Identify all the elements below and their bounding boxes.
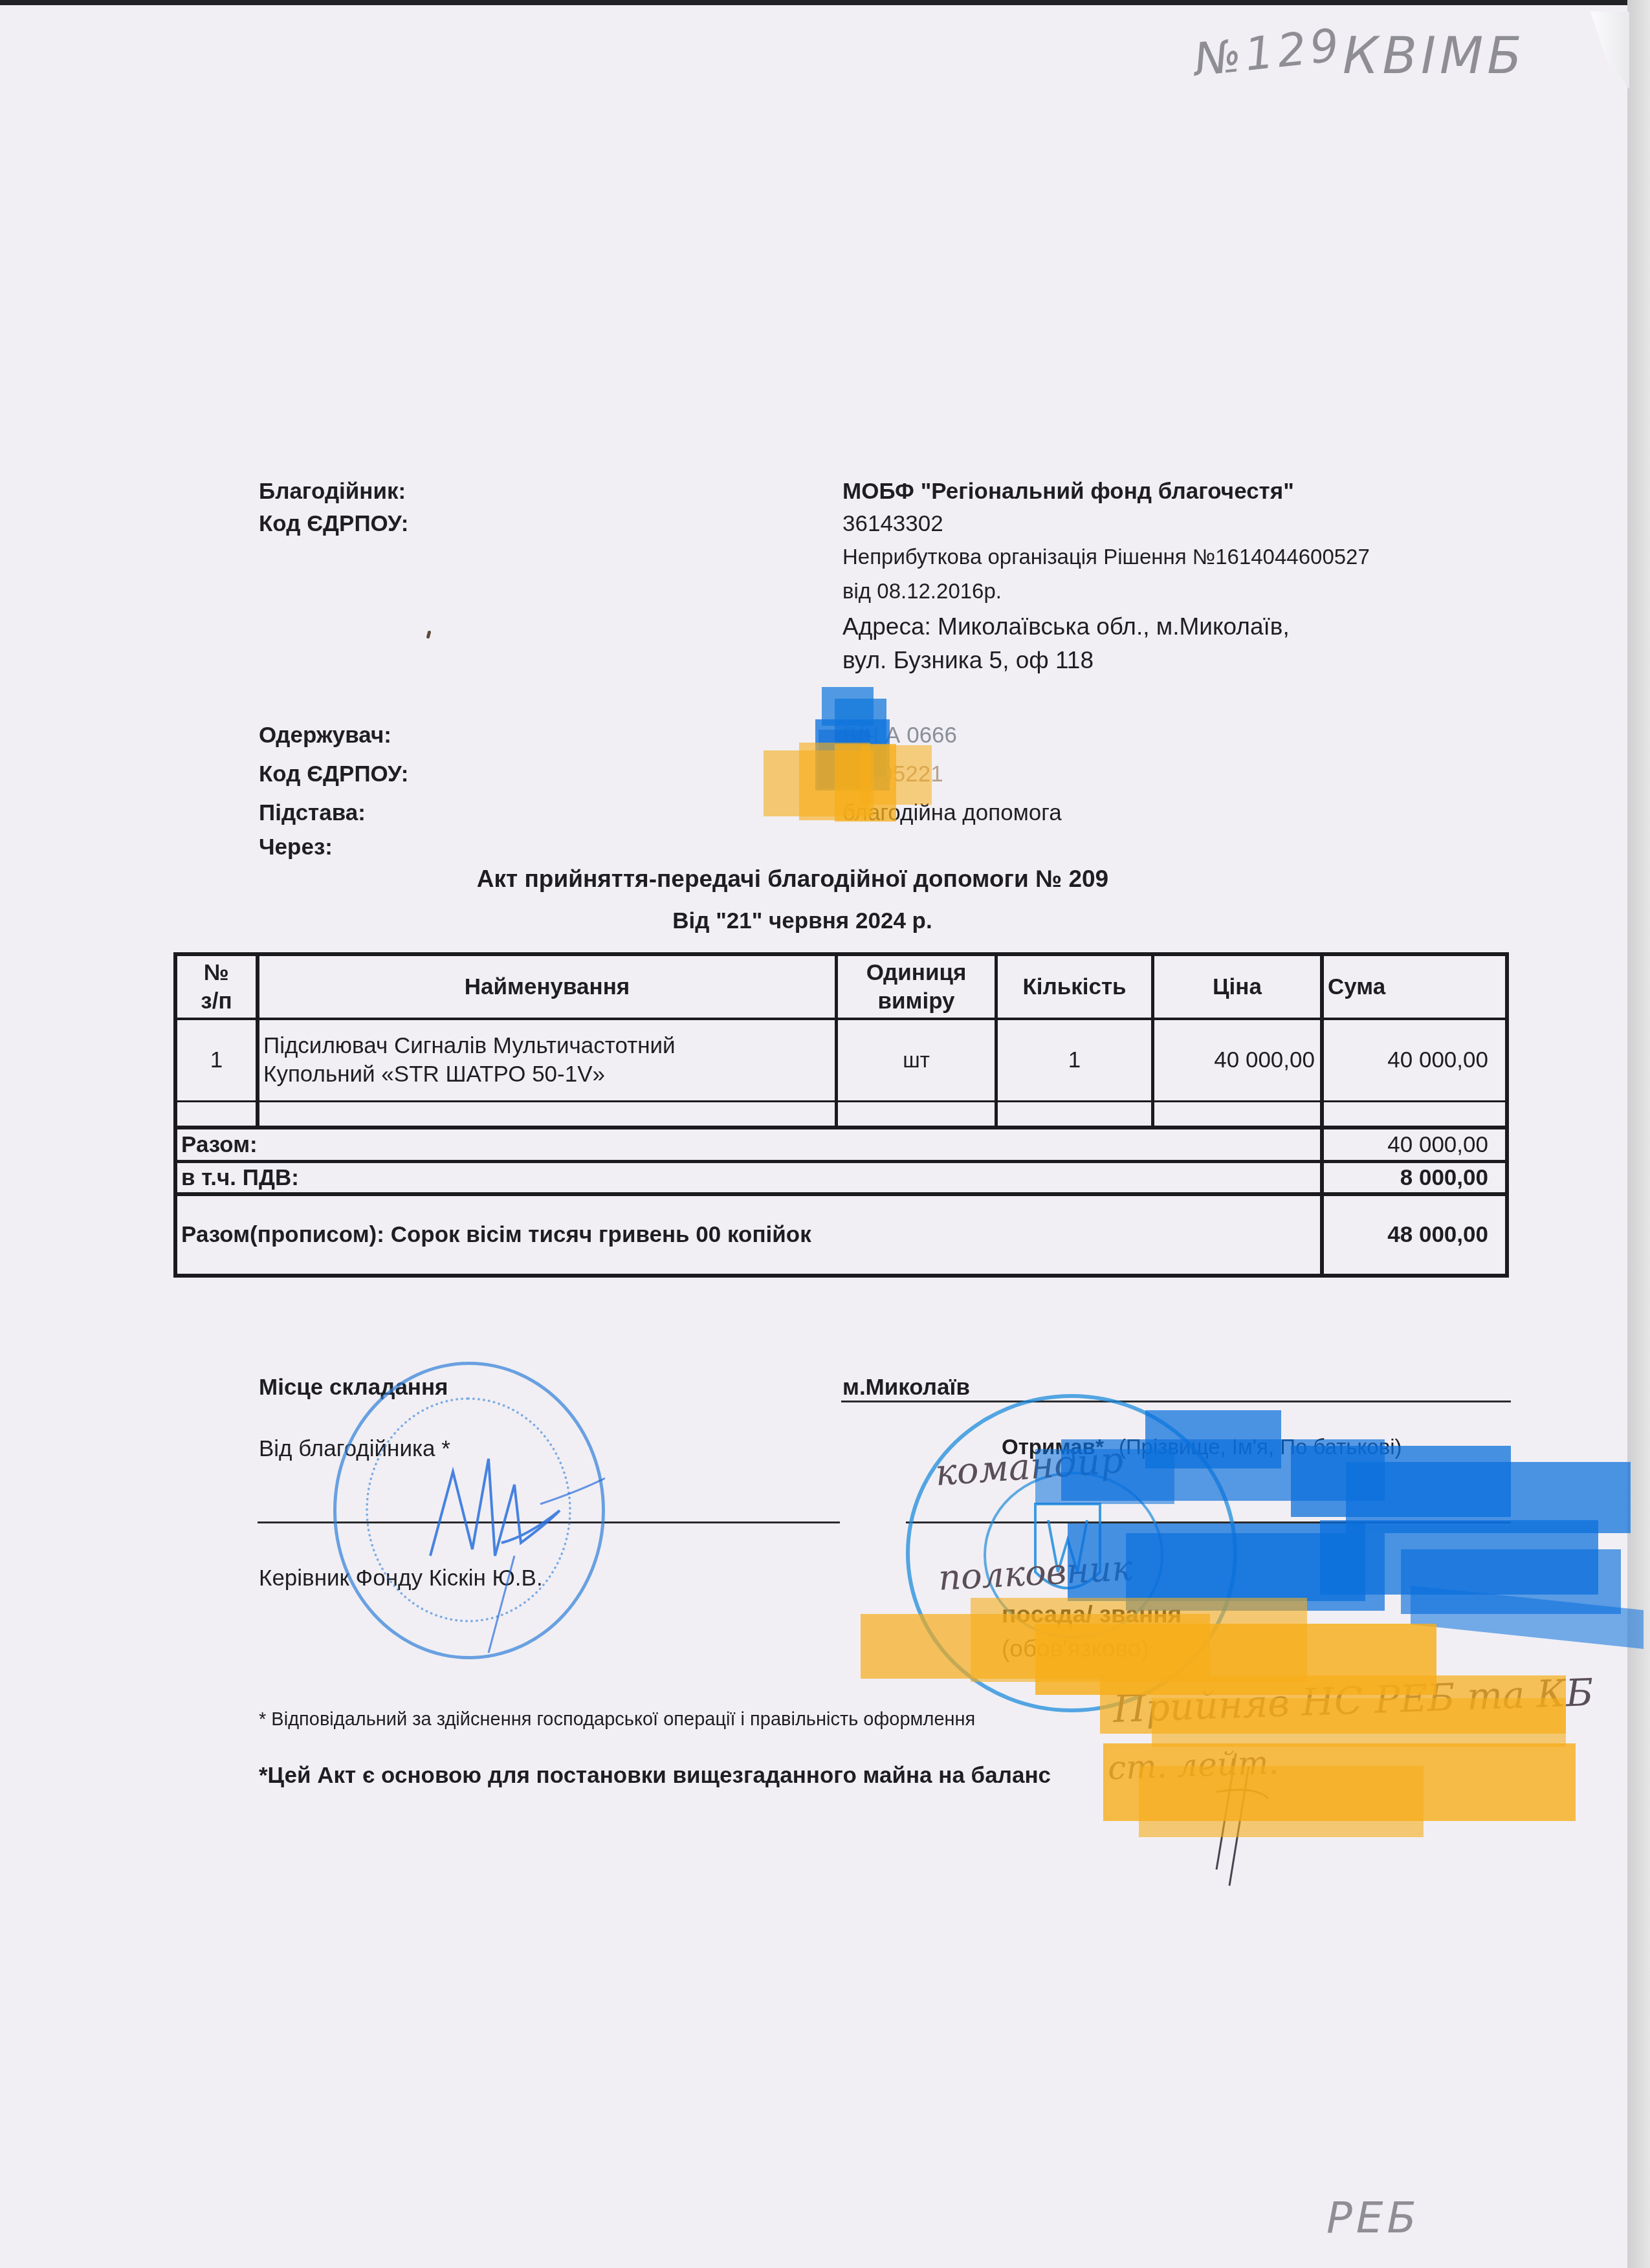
redaction-yellow [835,744,896,822]
recipient-edrpou-label: Код ЄДРПОУ: [259,761,408,787]
header-num: № з/п [177,956,256,1018]
place-value: м.Миколаїв [842,1375,970,1401]
scanner-top-edge [0,0,1650,5]
header-num-line1: № [204,959,229,987]
header-unit-line1: Одиниця [866,959,967,987]
recipient-label: Одержувач: [259,723,391,748]
via-label: Через: [259,834,333,860]
donor-label: Благодійник: [259,479,406,505]
handwritten-unit: КВІМБ [1343,27,1526,85]
header-qty: Кількість [998,956,1151,1018]
donor-nonprofit-line: Неприбуткова організація Рішення №161404… [842,545,1370,569]
donor-nonprofit-date: від 08.12.2016р. [842,579,1002,604]
row-name: Підсилювач Сигналів Мультичастотний Купо… [259,1020,835,1100]
row-num: 1 [177,1020,256,1100]
header-name: Найменування [259,956,835,1018]
total-label: Разом: [177,1129,1320,1160]
donor-edrpou: 36143302 [842,511,943,537]
document-title: Акт прийняття-передачі благодійної допом… [0,866,1585,893]
vat-value: 8 000,00 [1324,1163,1504,1192]
document-date: Від "21" червня 2024 р. [0,908,1605,934]
row-name-line1: Підсилювач Сигналів Мультичастотний [263,1032,676,1060]
header-unit-line2: виміру [877,987,954,1016]
basis-label: Підстава: [259,800,366,826]
row-unit: шт [838,1020,995,1100]
footnote-responsible: * Відповідальний за здійснення господарс… [259,1709,975,1730]
header-price: Ціна [1154,956,1320,1018]
total-words-label: Разом(прописом): Сорок вісім тисяч гриве… [177,1196,1320,1274]
footnote-basis: *Цей Акт є основою для постановки вищезг… [259,1763,1051,1789]
header-num-line2: з/п [201,987,232,1016]
redaction-blue [1035,1449,1174,1504]
row-name-line2: Купольний «STR ШАТРО 50-1V» [263,1060,605,1089]
donor-address-line2: вул. Бузника 5, оф 118 [842,647,1094,674]
items-table: № з/п Найменування Одиниця виміру Кількі… [173,952,1509,1278]
redaction-yellow [1152,1698,1566,1747]
scanner-background [1627,0,1650,2268]
row-price: 40 000,00 [1154,1020,1316,1100]
header-unit: Одиниця виміру [838,956,995,1018]
handwritten-bottom-mark: РЕБ [1326,2193,1420,2243]
total-value: 40 000,00 [1324,1129,1504,1160]
donor-edrpou-label: Код ЄДРПОУ: [259,511,408,537]
donor-name: МОБФ "Регіональний фонд благочестя" [842,479,1294,505]
vat-label: в т.ч. ПДВ: [177,1163,1320,1192]
row-sum: 40 000,00 [1324,1020,1504,1100]
donor-stamp-signature [333,1362,605,1659]
total-words-value: 48 000,00 [1324,1196,1504,1274]
donor-address-line1: Адреса: Миколаївська обл., м.Миколаїв, [842,613,1290,640]
place-underline [841,1401,1511,1402]
header-sum: Сума [1324,956,1505,1018]
redaction-yellow [1139,1766,1424,1837]
folded-corner [1590,12,1629,89]
row-qty: 1 [998,1020,1151,1100]
